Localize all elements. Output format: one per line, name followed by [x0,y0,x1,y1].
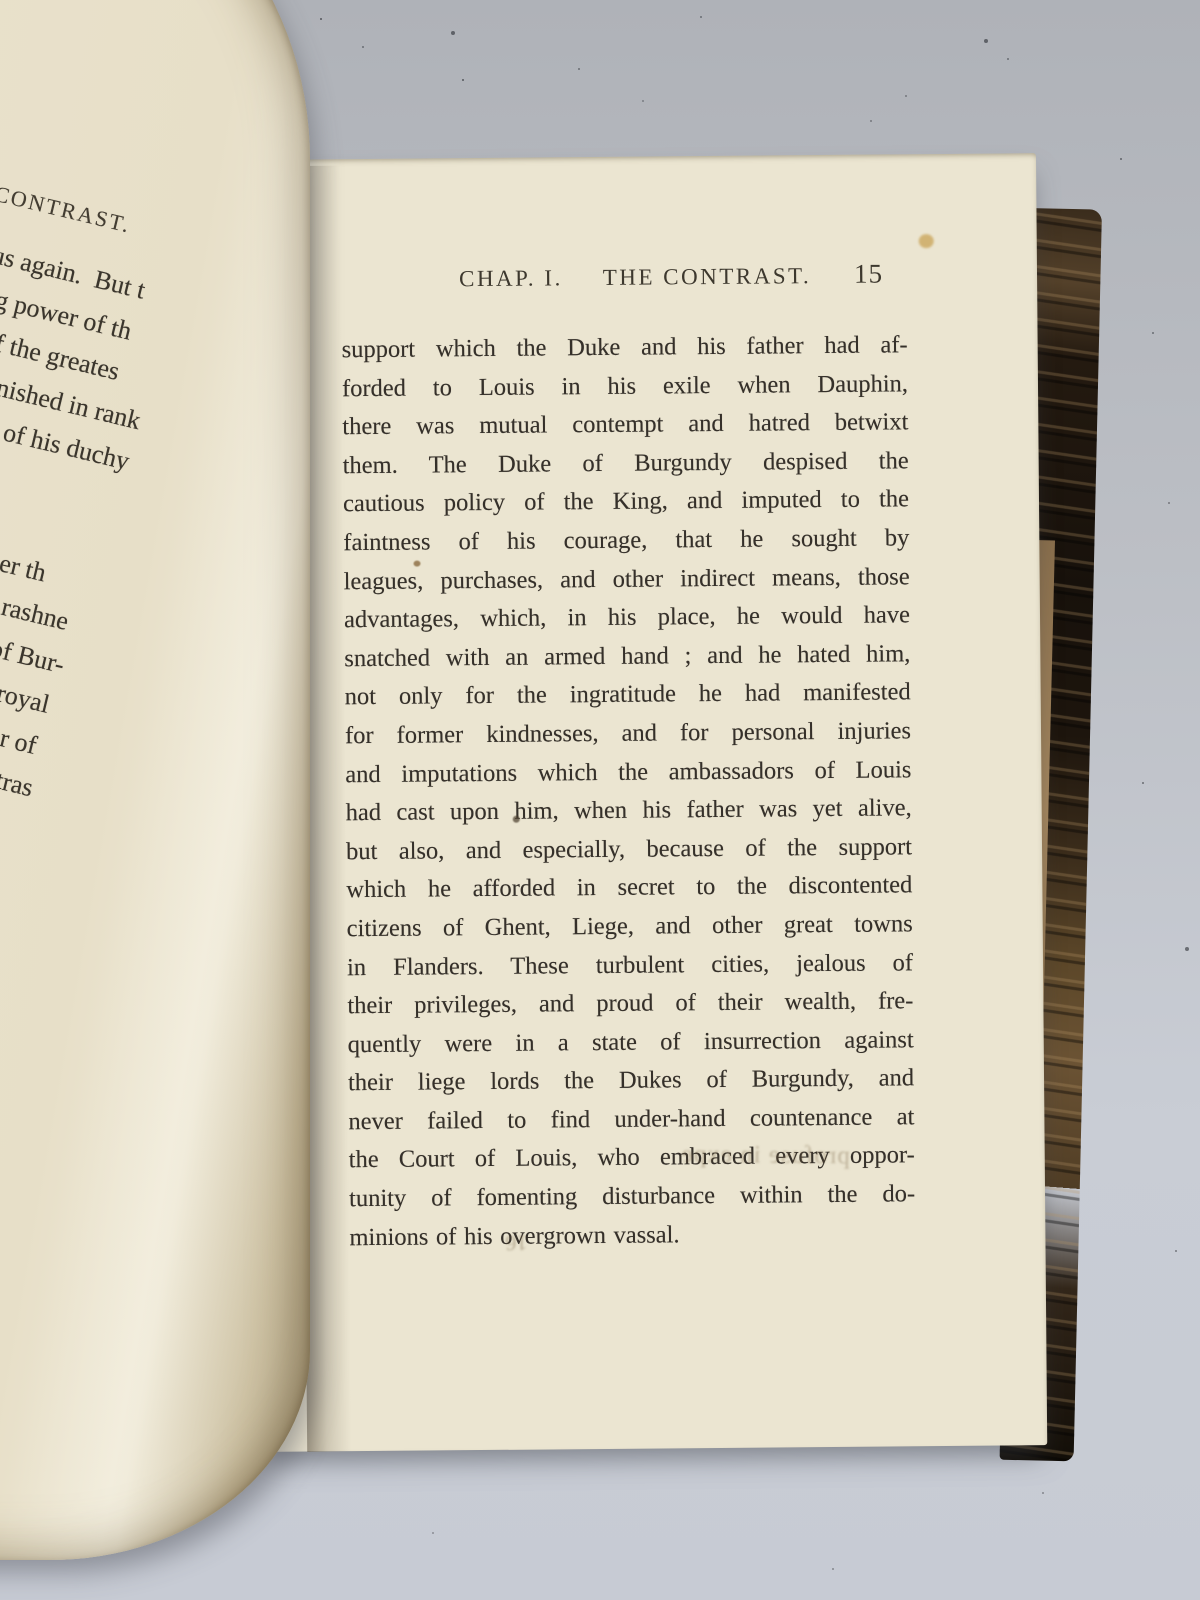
left-page-curled: CHAP. I. THE CONTRAST. ome dangerous aga… [0,0,310,1560]
showthrough-page-number: 16 [505,1230,527,1256]
text-line: in Flanders. These turbulent cities, jea… [347,944,913,988]
text-line: had cast upon him, when his father was y… [346,789,912,833]
chapter-label: CHAP. I. [459,265,563,292]
book-photo: CHAP. I. THE CONTRAST. 15 support which … [0,0,1200,1600]
text-line: snatched with an armed hand ; and he hat… [344,635,910,679]
text-line: for former kindnesses, and for personal … [345,712,911,756]
text-line: and imputations which the ambassadors of… [345,751,911,795]
foxing-stain [513,816,520,823]
text-line: minions of his overgrown vassal. [349,1214,915,1258]
body-text: ome dangerous again. But ts the increasi… [0,203,310,1344]
text-line: support which the Duke and his father ha… [341,326,907,370]
running-header: CHAP. I. THE CONTRAST. 15 [341,258,907,294]
foxing-stain [414,561,421,567]
body-text: support which the Duke and his father ha… [341,326,915,1257]
text-line: forded to Louis in his exile when Dauphi… [342,365,908,409]
text-line: never failed to find under-hand countena… [348,1098,914,1142]
text-line: their privileges, and proud of their wea… [347,982,913,1026]
text-line: but also, and especially, because of the… [346,828,912,872]
text-line: not only for the ingratitude he had mani… [345,674,911,718]
text-line: which he afforded in secret to the disco… [346,867,912,911]
right-page: CHAP. I. THE CONTRAST. 15 support which … [252,153,1047,1452]
text-line: tunity of fomenting disturbance within t… [349,1175,915,1219]
showthrough-text: profuse in expe [681,1141,850,1170]
left-page-text: CHAP. I. THE CONTRAST. ome dangerous aga… [0,152,310,1376]
text-line: there was mutual contempt and hatred bet… [342,403,908,447]
foxing-stain [919,234,934,248]
page-number: 15 [854,258,883,289]
page-title: THE CONTRAST. [603,263,812,291]
text-line: cautious policy of the King, and imputed… [343,481,909,525]
text-line: faintness of his courage, that he sought… [343,519,909,563]
text-line: leagues, purchases, and other indirect m… [344,558,910,602]
text-line: their liege lords the Dukes of Burgundy,… [348,1060,914,1104]
text-line: quently were in a state of insurrection … [348,1021,914,1065]
text-line: citizens of Ghent, Liege, and other grea… [347,905,913,949]
text-line: advantages, which, in his place, he woul… [344,596,910,640]
text-line: them. The Duke of Burgundy despised the [343,442,909,486]
